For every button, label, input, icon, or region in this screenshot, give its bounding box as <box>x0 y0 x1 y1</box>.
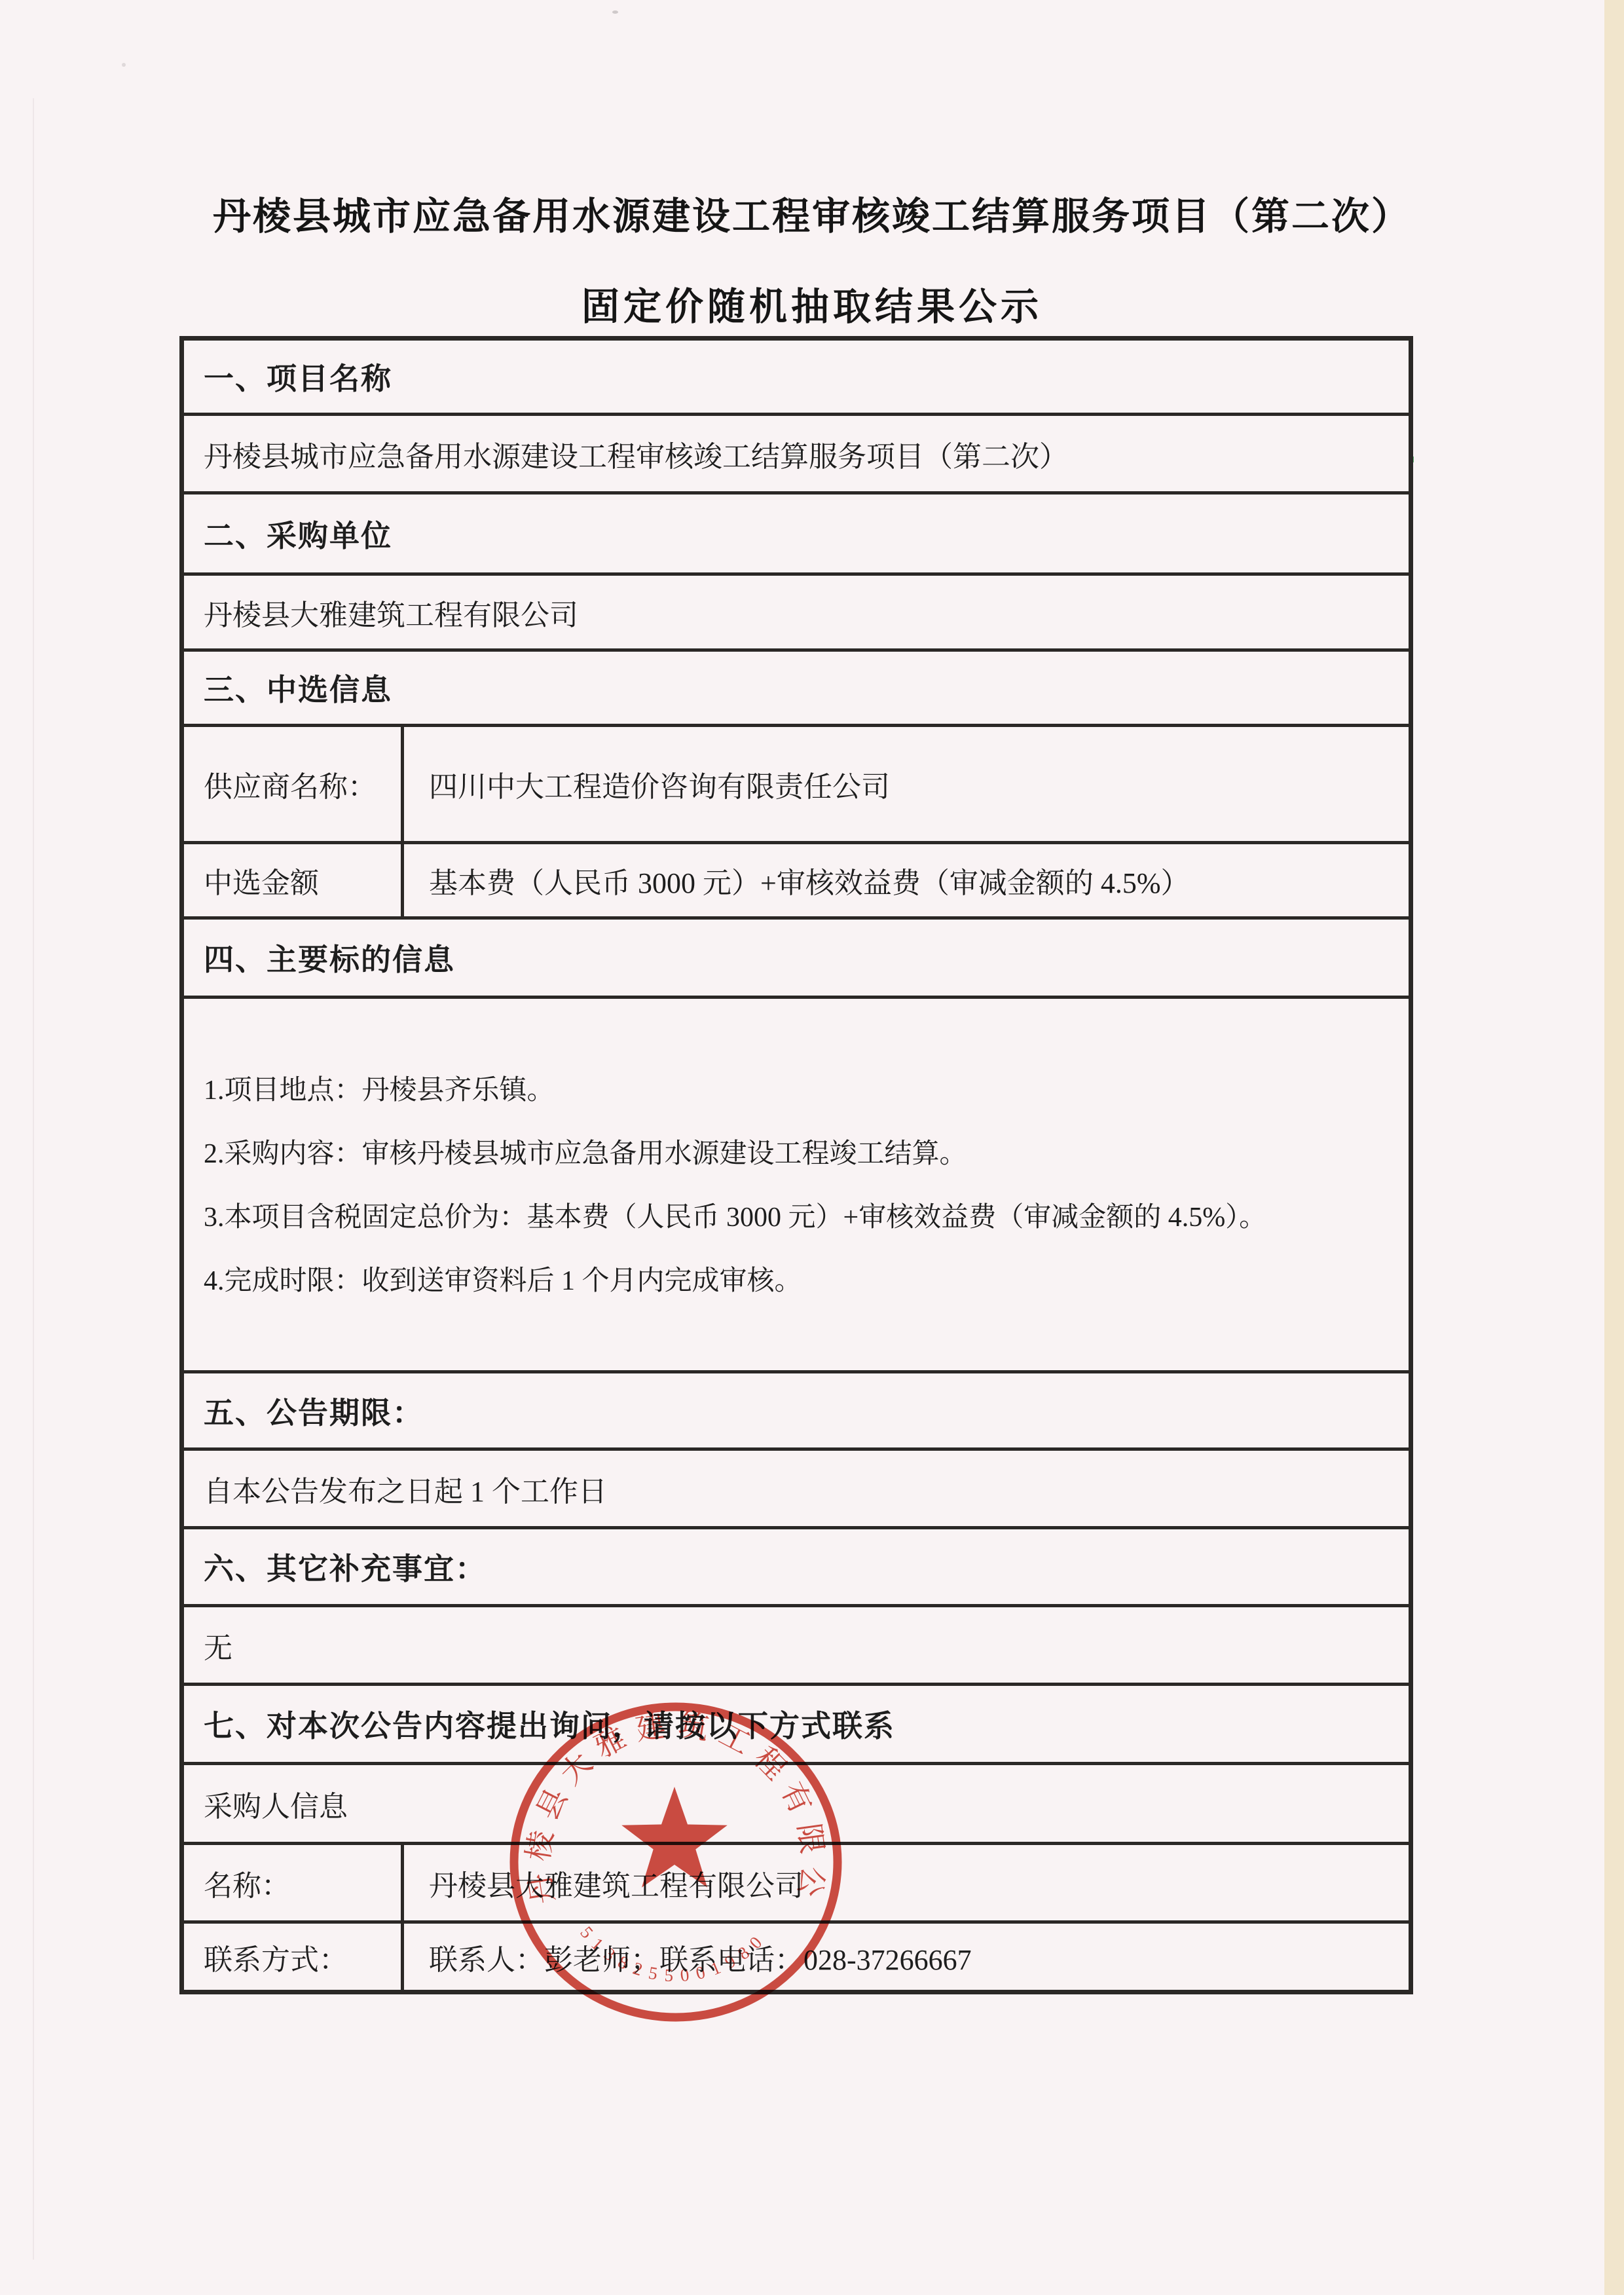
purchaser-info-label: 采购人信息 <box>184 1765 1409 1842</box>
subject-item-price: 3.本项目含税固定总价为：基本费（人民币 3000 元）+审核效益费（审减金额的… <box>204 1186 1382 1250</box>
table-row: 三、中选信息 <box>184 652 1409 727</box>
table-row: 名称： 丹棱县大雅建筑工程有限公司 <box>184 1845 1409 1924</box>
table-row: 四、主要标的信息 <box>184 920 1409 999</box>
table-row: 无 <box>184 1607 1409 1686</box>
supplier-name-label: 供应商名称： <box>184 727 404 841</box>
section-heading-announcement-period: 五、公告期限： <box>184 1373 1409 1447</box>
announcement-period-value: 自本公告发布之日起 1 个工作日 <box>184 1451 1409 1526</box>
section-heading-project-name: 一、项目名称 <box>184 341 1409 413</box>
subject-item-deadline: 4.完成时限：收到送审资料后 1 个月内完成审核。 <box>204 1250 1382 1313</box>
selected-amount-value: 基本费（人民币 3000 元）+审核效益费（审减金额的 4.5%） <box>404 844 1409 916</box>
contact-name-value: 丹棱县大雅建筑工程有限公司 <box>404 1845 1409 1920</box>
scan-left-streak <box>33 98 34 2260</box>
table-row: 采购人信息 <box>184 1765 1409 1845</box>
section-heading-subject-info: 四、主要标的信息 <box>184 920 1409 996</box>
subject-item-location: 1.项目地点：丹棱县齐乐镇。 <box>204 1059 1382 1123</box>
table-row: 中选金额 基本费（人民币 3000 元）+审核效益费（审减金额的 4.5%） <box>184 844 1409 920</box>
table-row: 七、对本次公告内容提出询问，请按以下方式联系 <box>184 1686 1409 1765</box>
document-title-line1: 丹棱县城市应急备用水源建设工程审核竣工结算服务项目（第二次） <box>0 185 1624 240</box>
section-heading-contact: 七、对本次公告内容提出询问，请按以下方式联系 <box>184 1686 1409 1762</box>
contact-method-label: 联系方式： <box>184 1924 404 1990</box>
scan-edge-strip <box>1604 0 1624 2295</box>
table-row: 五、公告期限： <box>184 1373 1409 1451</box>
project-name-value: 丹棱县城市应急备用水源建设工程审核竣工结算服务项目（第二次） <box>184 416 1409 491</box>
subject-info-details: 1.项目地点：丹棱县齐乐镇。 2.采购内容：审核丹棱县城市应急备用水源建设工程竣… <box>184 999 1409 1370</box>
subject-item-content: 2.采购内容：审核丹棱县城市应急备用水源建设工程竣工结算。 <box>204 1123 1382 1186</box>
selected-amount-label: 中选金额 <box>184 844 404 916</box>
section-heading-other-matters: 六、其它补充事宜： <box>184 1529 1409 1604</box>
table-row: 自本公告发布之日起 1 个工作日 <box>184 1451 1409 1529</box>
section-heading-selection-info: 三、中选信息 <box>184 652 1409 724</box>
other-matters-value: 无 <box>184 1607 1409 1683</box>
table-row: 丹棱县大雅建筑工程有限公司 <box>184 576 1409 652</box>
contact-name-label: 名称： <box>184 1845 404 1920</box>
scanned-announcement-page: { "page": { "title_line1": "丹棱县城市应急备用水源建… <box>0 0 1624 2295</box>
table-row: 1.项目地点：丹棱县齐乐镇。 2.采购内容：审核丹棱县城市应急备用水源建设工程竣… <box>184 999 1409 1373</box>
section-heading-purchaser: 二、采购单位 <box>184 494 1409 572</box>
document-title-line2: 固定价随机抽取结果公示 <box>0 276 1624 331</box>
table-row: 六、其它补充事宜： <box>184 1529 1409 1607</box>
table-row: 二、采购单位 <box>184 494 1409 576</box>
supplier-name-value: 四川中大工程造价咨询有限责任公司 <box>404 727 1409 841</box>
scan-speck <box>612 10 618 14</box>
scan-speck <box>122 63 126 67</box>
contact-method-value: 联系人：彭老师；联系电话：028-37266667 <box>404 1924 1409 1990</box>
table-row: 联系方式： 联系人：彭老师；联系电话：028-37266667 <box>184 1924 1409 1990</box>
announcement-table: 一、项目名称 丹棱县城市应急备用水源建设工程审核竣工结算服务项目（第二次） 二、… <box>179 336 1413 1994</box>
table-row: 一、项目名称 <box>184 341 1409 416</box>
table-row: 丹棱县城市应急备用水源建设工程审核竣工结算服务项目（第二次） <box>184 416 1409 494</box>
table-row: 供应商名称： 四川中大工程造价咨询有限责任公司 <box>184 727 1409 844</box>
purchaser-value: 丹棱县大雅建筑工程有限公司 <box>184 576 1409 648</box>
